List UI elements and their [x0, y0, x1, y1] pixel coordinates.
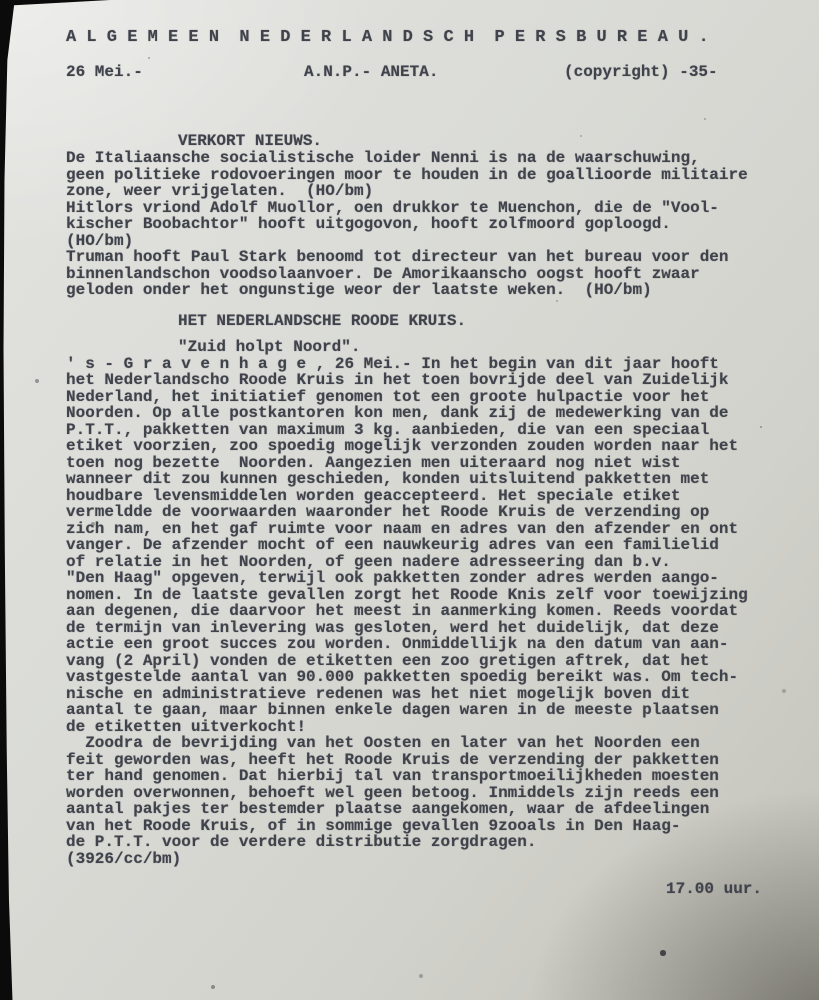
verkort-nieuws-heading: VERKORT NIEUWS. — [66, 133, 790, 150]
scan-edge-top — [0, 0, 110, 6]
reference-code: (3926/cc/bm) — [66, 851, 790, 868]
scanned-document-page: A L G E M E E N N E D E R L A N D S C H … — [0, 0, 819, 1000]
section-verkort-nieuws: VERKORT NIEUWS. De Italiaansche socialis… — [66, 133, 790, 299]
roode-kruis-subheading: "Zuid holpt Noord". — [66, 339, 790, 356]
news-paragraph-mueller: Hitlors vriond Adolf Muollor, oen drukko… — [66, 200, 790, 250]
document-content: A L G E M E E N N E D E R L A N D S C H … — [66, 28, 790, 898]
section-roode-kruis: HET NEDERLANDSCHE ROODE KRUIS. "Zuid hol… — [66, 313, 790, 868]
copyright-notice: (copyright) -35- — [564, 64, 718, 81]
scan-edge-left — [0, 0, 16, 1000]
article-paragraph-bevrijding: Zoodra de bevrijding van het Oosten en l… — [66, 735, 790, 851]
agency-abbreviation: A.N.P.- ANETA. — [304, 64, 438, 81]
roode-kruis-heading: HET NEDERLANDSCHE ROODE KRUIS. — [66, 313, 790, 330]
news-paragraph-truman: Truman hooft Paul Stark benoomd tot dire… — [66, 249, 790, 299]
news-paragraph-nenni: De Italiaansche socialistische loider Ne… — [66, 150, 790, 200]
article-paragraph-hulpactie: ' s - G r a v e n h a g e , 26 Mei.- In … — [66, 356, 790, 736]
dateline: 26 Mei.- A.N.P.- ANETA. (copyright) -35- — [66, 64, 790, 81]
agency-header: A L G E M E E N N E D E R L A N D S C H … — [66, 28, 790, 48]
issue-date: 26 Mei.- — [66, 64, 143, 81]
time-stamp: 17.00 uur. — [66, 881, 790, 898]
